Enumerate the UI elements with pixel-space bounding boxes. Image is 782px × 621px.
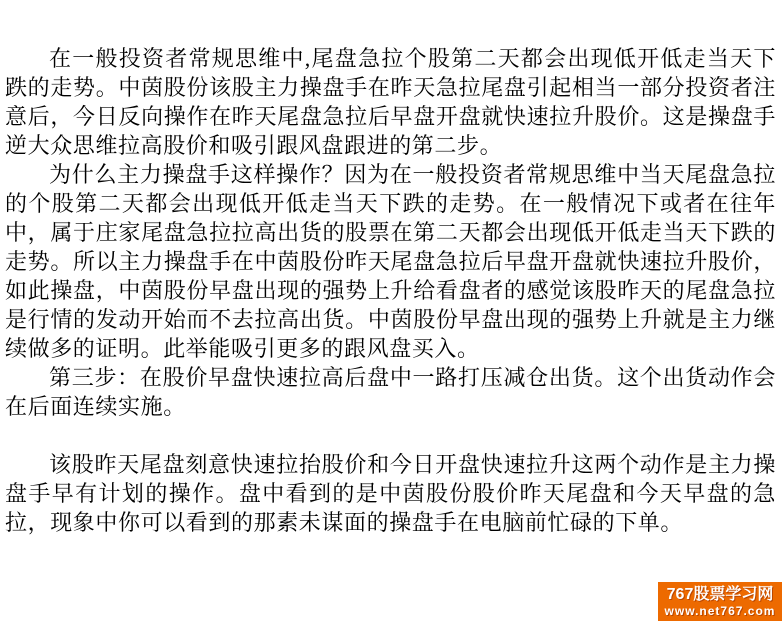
article-body: 在一般投资者常规思维中,尾盘急拉个股第二天都会出现低开低走当天下跌的走势。中茵股… (5, 44, 776, 537)
paragraph: 该股昨天尾盘刻意快速拉抬股价和今日开盘快速拉升这两个动作是主力操盘手早有计划的操… (5, 450, 776, 537)
paragraph: 第三步：在股价早盘快速拉高后盘中一路打压减仓出货。这个出货动作会在后面连续实施。 (5, 363, 776, 421)
watermark-site-url: www.net767.com (665, 604, 776, 618)
paragraph: 为什么主力操盘手这样操作？因为在一般投资者常规思维中当天尾盘急拉的个股第二天都会… (5, 160, 776, 363)
site-watermark-badge: 767股票学习网 www.net767.com (658, 582, 782, 621)
watermark-site-name: 767股票学习网 (667, 586, 774, 604)
paragraph: 在一般投资者常规思维中,尾盘急拉个股第二天都会出现低开低走当天下跌的走势。中茵股… (5, 44, 776, 160)
